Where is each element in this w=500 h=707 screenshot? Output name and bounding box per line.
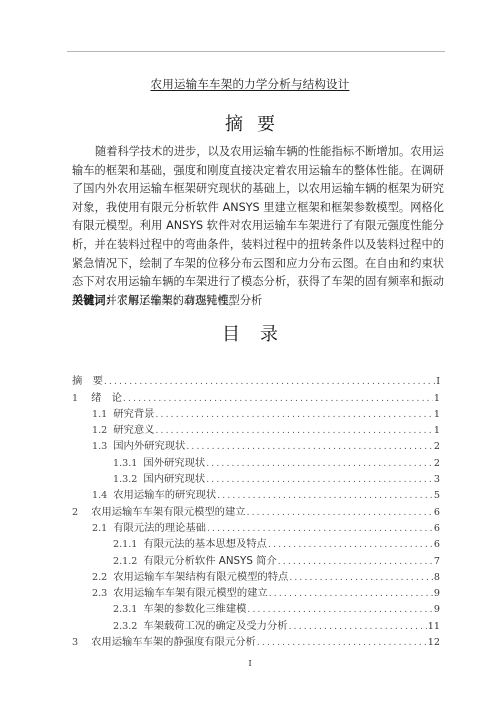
toc-entry[interactable]: 3农用运输车车架的静强度有限元分析12 [72,632,440,648]
table-of-contents: 摘 要I1绪 论11.1研究背景11.2研究意义11.3国内外研究现状21.3.… [72,371,440,648]
toc-entry[interactable]: 摘 要I [72,371,440,387]
toc-dot-leader [289,622,427,632]
toc-entry[interactable]: 2.3.2车架载荷工况的确定及受力分析11 [72,615,440,631]
toc-entry[interactable]: 2.1.2有限元分析软件 ANSYS 简介7 [72,550,440,566]
toc-dot-leader [269,589,433,599]
toc-entry-page: I [436,376,440,387]
toc-entry-number: 2.3.1 [113,604,137,615]
toc-entry-label: 有限元法的理论基础 [113,519,206,534]
toc-entry[interactable]: 2.3.1车架的参数化三维建模9 [72,599,440,615]
keywords-label: 关键词： [72,294,117,307]
keywords-value: 农用运输车；有现元模型分析 [117,294,262,307]
toc-entry-number: 1.1 [92,409,107,420]
toc-entry-number: 1.2 [92,425,107,436]
toc-entry-page: 2 [434,458,440,469]
toc-entry-number: 1.4 [92,490,107,501]
toc-dot-leader [104,377,435,387]
toc-entry-label: 国内研究现状 [143,470,205,485]
toc-entry[interactable]: 2农用运输车车架有限元模型的建立6 [72,501,440,517]
toc-entry[interactable]: 1.3.2国内研究现状3 [72,469,440,485]
toc-dot-leader [123,394,433,404]
keywords: 关键词：农用运输车；有现元模型分析 [72,292,262,308]
toc-entry[interactable]: 1.1研究背景1 [72,404,440,420]
toc-entry[interactable]: 2.3农用运输车车架有限元模型的建立9 [72,583,440,599]
toc-entry-number: 2.1 [92,523,107,534]
toc-entry-page: 5 [434,490,440,501]
toc-entry-label: 国内外研究现状 [113,437,185,452]
toc-entry-label: 车架的参数化三维建模 [143,600,246,615]
toc-dot-leader [268,540,433,550]
toc-entry-page: 6 [434,523,440,534]
toc-entry-number: 2.2 [92,572,107,583]
toc-entry-label: 农用运输车车架有限元模型的建立 [113,584,267,599]
toc-entry-label: 有限元分析软件 ANSYS 简介 [143,552,276,567]
toc-entry[interactable]: 1.3.1国外研究现状2 [72,452,440,468]
toc-entry-label: 摘 要 [72,372,103,387]
toc-entry-page: 9 [434,588,440,599]
toc-entry-number: 2.3 [92,588,107,599]
toc-entry[interactable]: 1绪 论1 [72,387,440,403]
toc-entry[interactable]: 1.4农用运输车的研究现状5 [72,485,440,501]
abstract-heading: 摘要 [0,110,500,136]
toc-entry-label: 车架载荷工况的确定及受力分析 [143,617,287,632]
toc-dot-leader [257,638,427,648]
toc-entry-number: 2.1.2 [113,556,137,567]
toc-dot-leader [289,573,433,583]
page-number: I [0,659,500,669]
abstract-body: 随着科学技术的进步，以及农用运输车辆的性能指标不断增加。农用运输车的框架和基础，… [72,143,444,310]
toc-dot-leader [207,524,433,534]
toc-entry-label: 国外研究现状 [143,454,205,469]
toc-entry-label: 农用运输车车架有限元模型的建立 [91,503,245,518]
toc-dot-leader [186,442,433,452]
toc-entry-page: 12 [428,637,440,648]
toc-entry-page: 6 [434,507,440,518]
toc-entry-page: 3 [434,474,440,485]
toc-entry-label: 有限元法的基本思想及特点 [143,535,267,550]
header-rule [67,51,445,52]
toc-entry-number: 2.3.2 [113,621,137,632]
toc-entry-label: 农用运输车车架的静强度有限元分析 [91,633,256,648]
toc-entry-number: 3 [72,637,78,648]
toc-entry-page: 8 [434,572,440,583]
toc-entry-page: 7 [434,556,440,567]
toc-entry-label: 研究背景 [113,405,154,420]
toc-entry-number: 2 [72,507,78,518]
toc-entry-page: 1 [434,393,440,404]
toc-entry-number: 1.3 [92,441,107,452]
toc-entry-page: 1 [434,425,440,436]
toc-entry[interactable]: 1.3国内外研究现状2 [72,436,440,452]
toc-dot-leader [217,491,433,501]
toc-dot-leader [278,557,433,567]
toc-entry-number: 2.1.1 [113,539,137,550]
toc-entry-label: 研究意义 [113,421,154,436]
toc-entry-number: 1 [72,393,78,404]
toc-heading: 目录 [0,320,500,346]
toc-entry-page: 2 [434,441,440,452]
toc-entry[interactable]: 2.2农用运输车车架结构有限元模型的特点8 [72,567,440,583]
toc-entry[interactable]: 2.1有限元法的理论基础6 [72,518,440,534]
toc-entry[interactable]: 1.2研究意义1 [72,420,440,436]
toc-dot-leader [155,410,432,420]
toc-entry-label: 农用运输车车架结构有限元模型的特点 [113,568,288,583]
toc-dot-leader [155,426,432,436]
toc-entry[interactable]: 2.1.1有限元法的基本思想及特点6 [72,534,440,550]
toc-dot-leader [247,605,433,615]
toc-entry-page: 11 [428,621,440,632]
toc-dot-leader [247,508,433,518]
toc-dot-leader [206,459,433,469]
toc-entry-label: 农用运输车的研究现状 [113,486,216,501]
toc-entry-number: 1.3.1 [113,458,137,469]
toc-entry-page: 1 [434,409,440,420]
document-title-text: 农用运输车车架的力学分析与结构设计 [151,77,350,91]
document-title: 农用运输车车架的力学分析与结构设计 [0,76,500,92]
toc-entry-page: 9 [434,604,440,615]
toc-entry-page: 6 [434,539,440,550]
toc-dot-leader [206,475,433,485]
toc-entry-number: 1.3.2 [113,474,137,485]
toc-entry-label: 绪 论 [91,389,122,404]
